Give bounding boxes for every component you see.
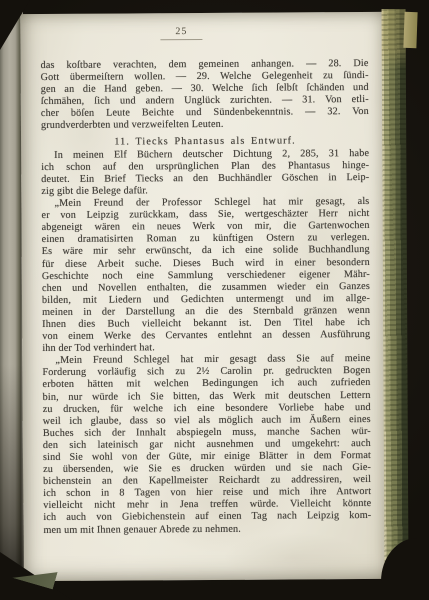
letter-quote-1: „Mein Freund der Professor Schlegel hat … <box>41 196 370 355</box>
text-column: das koſtbare verachten, dem gemeinen anh… <box>41 58 372 537</box>
numbered-list-continuation: das koſtbare verachten, dem gemeinen anh… <box>41 58 369 133</box>
text-line: men um mit Ihnen genauer Abrede zu nehme… <box>43 523 371 537</box>
left-page-edge <box>0 11 23 581</box>
text-line: grundverderbten und verzweifelten Leuten… <box>41 118 369 132</box>
text-line: deutet. Ein Brief Tiecks an den Buchhänd… <box>41 172 369 186</box>
text-line: von einem Werke des Cervantes entlehnt a… <box>42 329 370 343</box>
paper-stain <box>223 532 363 583</box>
text-line: ich auch von Giebichenstein auf einen Ta… <box>43 510 371 524</box>
letter-quote-2: „Mein Freund Schlegel hat mir gesagt das… <box>42 353 371 536</box>
intro-paragraph: In meinen Elf Büchern deutscher Dichtung… <box>41 148 369 198</box>
page-number: 25 <box>160 26 202 40</box>
book-scan: 25 das koſtbare verachten, dem gemeinen … <box>0 0 429 600</box>
cover-edge-chip <box>403 12 417 48</box>
book-fore-edge <box>382 9 409 567</box>
book-page: 25 das koſtbare verachten, dem gemeinen … <box>20 12 385 581</box>
